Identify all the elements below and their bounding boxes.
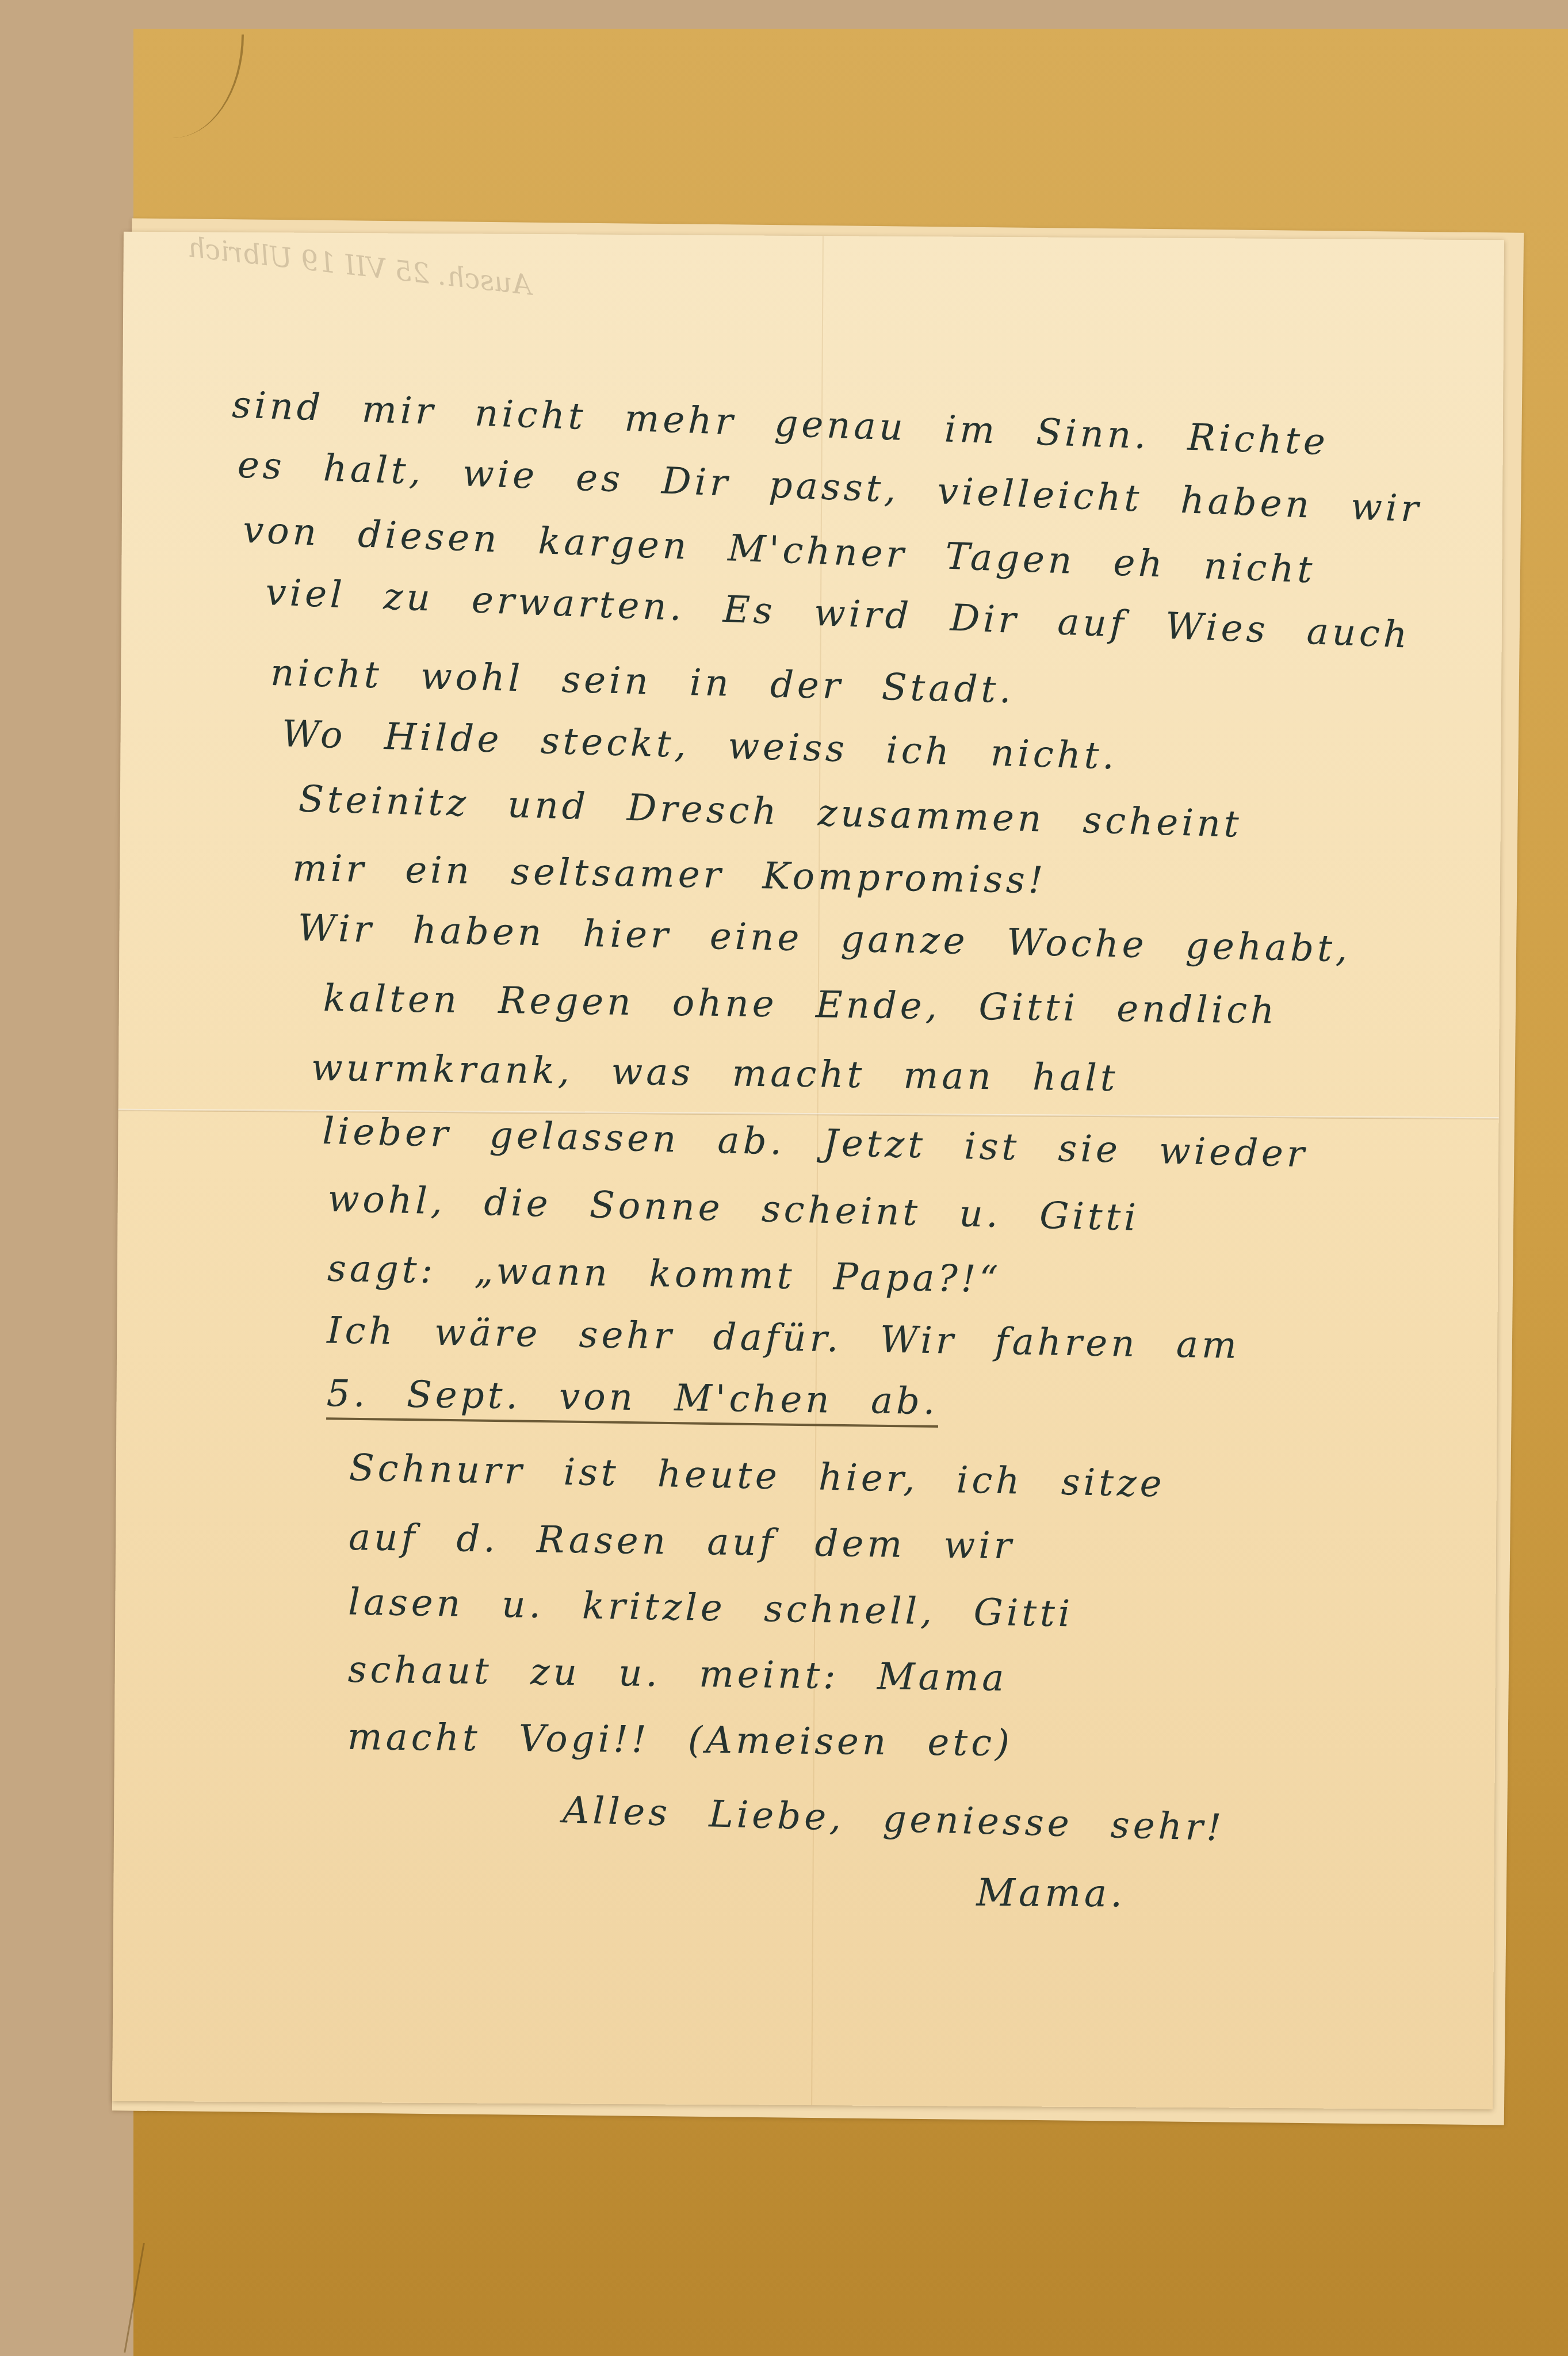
letter-line: mir ein seltsamer Kompromiss! <box>292 847 1047 902</box>
letter-line: Schnurr ist heute hier, ich sitze <box>349 1447 1165 1505</box>
letter-line: schaut zu u. meint: Mama <box>347 1649 1008 1700</box>
letter-line: kalten Regen ohne Ende, Gitti endlich <box>323 977 1278 1032</box>
closing-line: Alles Liebe, geniesse sehr! <box>562 1789 1225 1849</box>
letter-line: lasen u. kritzle schnell, Gitti <box>348 1581 1074 1636</box>
letter-line: sagt: „wann kommt Papa?!“ <box>327 1248 1001 1301</box>
letter-line: auf d. Rasen auf dem wir <box>349 1516 1015 1567</box>
letter-line: Ich wäre sehr dafür. Wir fahren am <box>327 1310 1241 1367</box>
letter-line: wurmkrank, was macht man halt <box>311 1047 1119 1100</box>
letter-page: Ausch. 25 VII 19 Ulbrich sind mir nicht … <box>112 232 1504 2110</box>
letter-line: Steinitz und Dresch zusammen scheint <box>298 778 1242 846</box>
bleed-through-note: Ausch. 25 VII 19 Ulbrich <box>186 231 533 301</box>
letter-line: Wo Hilde steckt, weiss ich nicht. <box>281 713 1118 778</box>
letter-line: 5. Sept. von M'chen ab. <box>326 1372 939 1428</box>
letter-line: Wir haben hier eine ganze Woche gehabt, <box>297 907 1351 971</box>
letter-line: macht Vogi!! (Ameisen etc) <box>347 1716 1014 1765</box>
signature: Mama. <box>976 1871 1126 1916</box>
letter-line: nicht wohl sein in der Stadt. <box>270 652 1015 712</box>
letter-line: wohl, die Sonne scheint u. Gitti <box>327 1178 1140 1240</box>
letter-line: lieber gelassen ab. Jetzt ist sie wieder <box>322 1110 1309 1176</box>
